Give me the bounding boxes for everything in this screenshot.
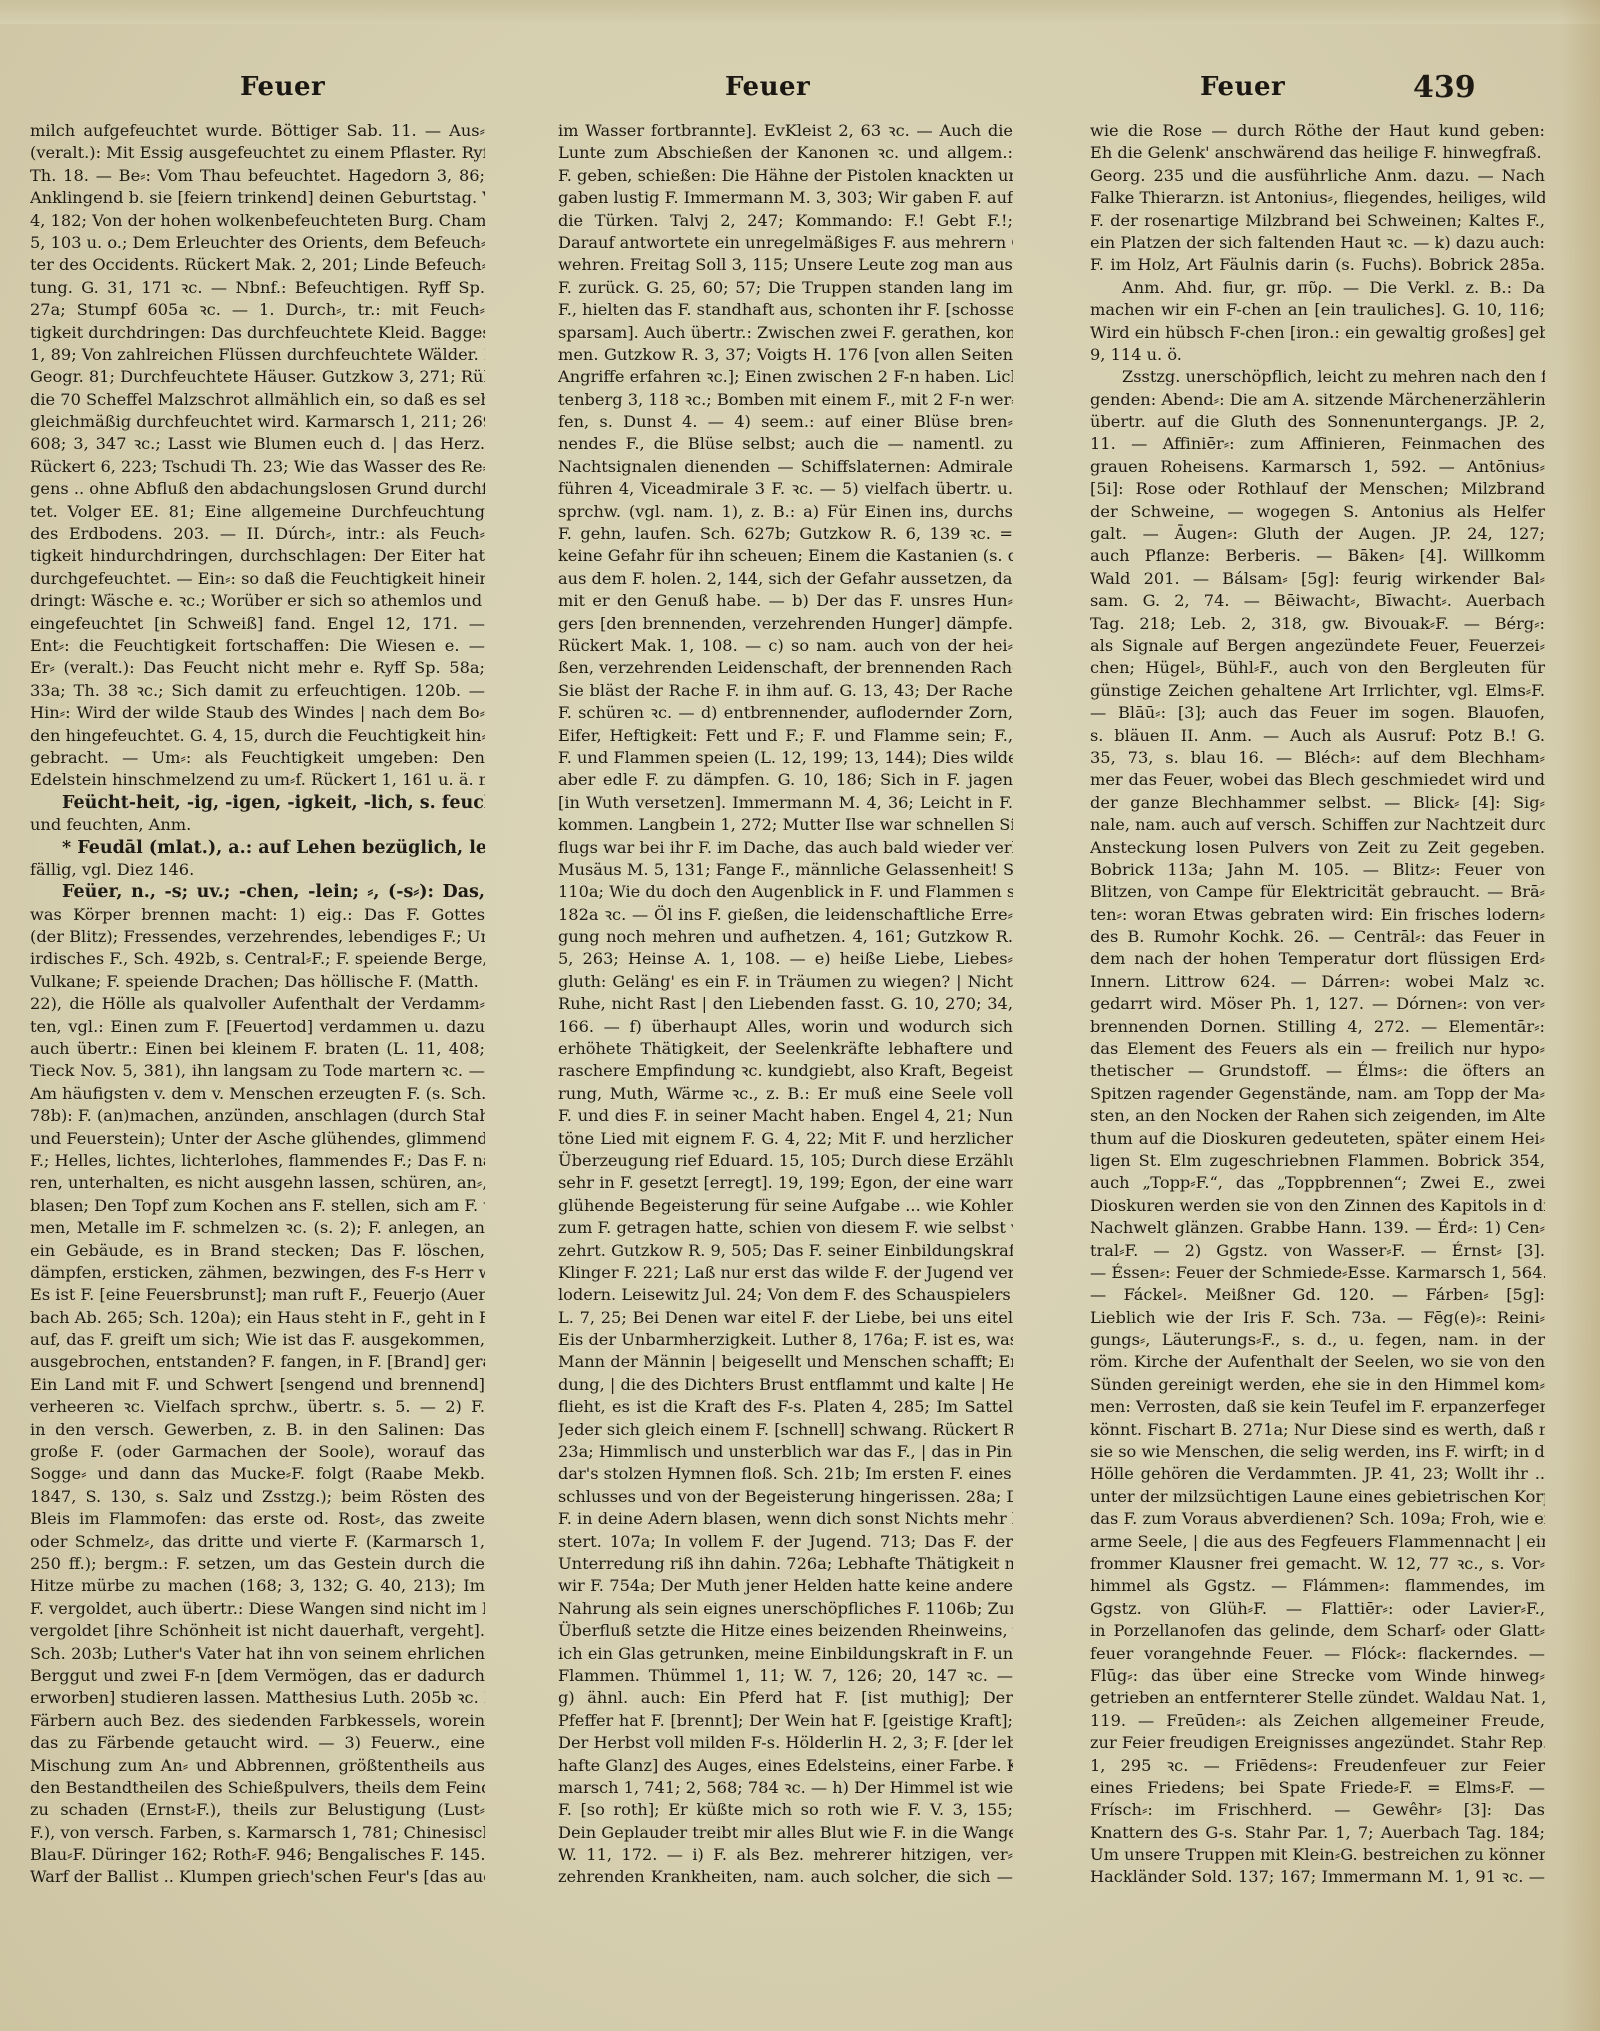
text-line: Überzeugung rief Eduard. 15, 105; Durch … xyxy=(558,1150,1013,1172)
text-line: 1, 89; Von zahlreichen Flüssen durchfeuc… xyxy=(30,344,485,366)
text-column-left: milch aufgefeuchtet wurde. Böttiger Sab.… xyxy=(30,120,485,1889)
text-line: 35, 73, s. blau 16. — Bléch⸗: auf dem Bl… xyxy=(1090,747,1545,769)
text-line: Anklingend b. sie [feiern trinkend] dein… xyxy=(30,187,485,209)
text-line: in den versch. Gewerben, z. B. in den Sa… xyxy=(30,1419,485,1441)
text-line: gung noch mehren und aufhetzen. 4, 161; … xyxy=(558,926,1013,948)
text-line: genden: Abend⸗: Die am A. sitzende Märch… xyxy=(1090,389,1545,411)
text-line: Um unsere Truppen mit Klein⸗G. bestreich… xyxy=(1090,1844,1545,1866)
text-line: 23a; Himmlisch und unsterblich war das F… xyxy=(558,1441,1013,1463)
text-line: durchgefeuchtet. — Ein⸗: so daß die Feuc… xyxy=(30,568,485,590)
text-line: ich ein Glas getrunken, meine Einbildung… xyxy=(558,1643,1013,1665)
text-line: marsch 1, 741; 2, 568; 784 ꝛc. — h) Der … xyxy=(558,1777,1013,1799)
text-line: F. in deine Adern blasen, wenn dich sons… xyxy=(558,1508,1013,1530)
text-line: Eis der Unbarmherzigkeit. Luther 8, 176a… xyxy=(558,1329,1013,1351)
text-line: führen 4, Viceadmirale 3 F. ꝛc. — 5) vie… xyxy=(558,478,1013,500)
text-line: Nachwelt glänzen. Grabbe Hann. 139. — Ér… xyxy=(1090,1217,1545,1239)
text-line: eingefeuchtet [in Schweiß] fand. Engel 1… xyxy=(30,613,485,635)
text-line: oder Schmelz⸗, das dritte und vierte F. … xyxy=(30,1531,485,1553)
text-line: auch übertr.: Einen bei kleinem F. brate… xyxy=(30,1038,485,1060)
text-line: Innern. Littrow 624. — Dárren⸗: wobei Ma… xyxy=(1090,971,1545,993)
text-line: röm. Kirche der Aufenthalt der Seelen, w… xyxy=(1090,1351,1545,1373)
text-line: [5i]: Rose oder Rothlauf der Menschen; M… xyxy=(1090,478,1545,500)
text-line: könnt. Fischart B. 271a; Nur Diese sind … xyxy=(1090,1419,1545,1441)
text-line: Eh die Gelenk' anschwärend das heilige F… xyxy=(1090,142,1545,164)
text-line: lodern. Leisewitz Jul. 24; Von dem F. de… xyxy=(558,1284,1013,1306)
text-line: die Türken. Talvj 2, 247; Kommando: F.! … xyxy=(558,210,1013,232)
text-line: Warf der Ballist .. Klumpen griech'schen… xyxy=(30,1866,485,1888)
text-line: wir F. 754a; Der Muth jener Helden hatte… xyxy=(558,1575,1013,1597)
text-line: unter der milzsüchtigen Laune eines gebi… xyxy=(1090,1486,1545,1508)
text-line: L. 7, 25; Bei Denen war eitel F. der Lie… xyxy=(558,1307,1013,1329)
text-line: Spitzen ragender Gegenstände, nam. am To… xyxy=(1090,1083,1545,1105)
text-line: das zu Färbende getaucht wird. — 3) Feue… xyxy=(30,1732,485,1754)
text-line: galt. — Āugen⸗: Gluth der Augen. JP. 24,… xyxy=(1090,523,1545,545)
page-right-edge xyxy=(1560,0,1600,2031)
text-line: auch „Topp⸗F.“, das „Toppbrennen“; Zwei … xyxy=(1090,1172,1545,1194)
text-line: Sünden gereinigt werden, ehe sie in den … xyxy=(1090,1374,1545,1396)
text-line: 166. — f) überhaupt Alles, worin und wod… xyxy=(558,1016,1013,1038)
text-line: aber edle F. zu dämpfen. G. 10, 186; Sic… xyxy=(558,769,1013,791)
text-line: fällig, vgl. Diez 146. xyxy=(30,859,485,881)
text-line: F. im Holz, Art Fäulnis darin (s. Fuchs)… xyxy=(1090,254,1545,276)
text-line: 33a; Th. 38 ꝛc.; Sich damit zu erfeuchti… xyxy=(30,680,485,702)
text-line: dämpfen, ersticken, zähmen, bezwingen, d… xyxy=(30,1262,485,1284)
text-line: Georg. 235 und die ausführliche Anm. daz… xyxy=(1090,165,1545,187)
text-line: (der Blitz); Fressendes, verzehrendes, l… xyxy=(30,926,485,948)
text-line: Bleis im Flammofen: das erste od. Rost⸗,… xyxy=(30,1508,485,1530)
text-line: irdisches F., Sch. 492b, s. Central⸗F.; … xyxy=(30,948,485,970)
text-line: thetischer — Grundstoff. — Élms⸗: die öf… xyxy=(1090,1060,1545,1082)
text-line: rung, Muth, Wärme ꝛc., z. B.: Er muß ein… xyxy=(558,1083,1013,1105)
text-line: Lunte zum Abschießen der Kanonen ꝛc. und… xyxy=(558,142,1013,164)
text-line: F. geben, schießen: Die Hähne der Pistol… xyxy=(558,165,1013,187)
text-line: mit er den Genuß habe. — b) Der das F. u… xyxy=(558,590,1013,612)
text-line: milch aufgefeuchtet wurde. Böttiger Sab.… xyxy=(30,120,485,142)
text-line: tigkeit durchdringen: Das durchfeuchtete… xyxy=(30,322,485,344)
text-line: F. [so roth]; Er küßte mich so roth wie … xyxy=(558,1799,1013,1821)
text-line: wie die Rose — durch Röthe der Haut kund… xyxy=(1090,120,1545,142)
text-line: günstige Zeichen gehaltene Art Irrlichte… xyxy=(1090,680,1545,702)
text-line: thum auf die Dioskuren gedeuteten, späte… xyxy=(1090,1128,1545,1150)
text-line: zehrenden Krankheiten, nam. auch solcher… xyxy=(558,1866,1013,1888)
text-line: F., hielten das F. standhaft aus, schont… xyxy=(558,299,1013,321)
text-line: Klinger F. 221; Laß nur erst das wilde F… xyxy=(558,1262,1013,1284)
text-line: sparsam]. Auch übertr.: Zwischen zwei F.… xyxy=(558,322,1013,344)
text-line: Frísch⸗: im Frischherd. — Gewêhr⸗ [3]: D… xyxy=(1090,1799,1545,1821)
text-line: tigkeit hindurchdringen, durchschlagen: … xyxy=(30,545,485,567)
text-line: und feuchten, Anm. xyxy=(30,814,485,836)
text-line: Knattern des G-s. Stahr Par. 1, 7; Auerb… xyxy=(1090,1822,1545,1844)
text-line: Hin⸗: Wird der wilde Staub des Windes | … xyxy=(30,702,485,724)
text-line: sehr in F. gesetzt [erregt]. 19, 199; Eg… xyxy=(558,1172,1013,1194)
text-line: glühende Begeisterung für seine Aufgabe … xyxy=(558,1195,1013,1217)
text-line: [in Wuth versetzen]. Immermann M. 4, 36;… xyxy=(558,792,1013,814)
text-line: übertr. auf die Gluth des Sonnenuntergan… xyxy=(1090,411,1545,433)
text-line: s. bläuen II. Anm. — Auch als Ausruf: Po… xyxy=(1090,725,1545,747)
text-line: Ein Land mit F. und Schwert [sengend und… xyxy=(30,1374,485,1396)
text-line: stert. 107a; In vollem F. der Jugend. 71… xyxy=(558,1531,1013,1553)
text-line: erworben] studieren lassen. Matthesius L… xyxy=(30,1687,485,1709)
text-line: Geogr. 81; Durchfeuchtete Häuser. Gutzko… xyxy=(30,366,485,388)
text-line: 78b): F. (an)machen, anzünden, anschlage… xyxy=(30,1105,485,1127)
text-line: ten⸗: woran Etwas gebraten wird: Ein fri… xyxy=(1090,904,1545,926)
text-line: ter des Occidents. Rückert Mak. 2, 201; … xyxy=(30,254,485,276)
text-line: frommer Klausner frei gemacht. W. 12, 77… xyxy=(1090,1553,1545,1575)
text-line: * Feudāl (mlat.), a.: auf Lehen bezüglic… xyxy=(30,837,485,859)
text-line: dem nach der hohen Temperatur dort flüss… xyxy=(1090,948,1545,970)
text-line: Flammen. Thümmel 1, 11; W. 7, 126; 20, 1… xyxy=(558,1665,1013,1687)
text-line: auch Pflanze: Berberis. — Bāken⸗ [4]. Wi… xyxy=(1090,545,1545,567)
text-line: F. und Flammen speien (L. 12, 199; 13, 1… xyxy=(558,747,1013,769)
text-line: Ruhe, nicht Rast | den Liebenden fasst. … xyxy=(558,993,1013,1015)
text-line: F. der rosenartige Milzbrand bei Schwein… xyxy=(1090,210,1545,232)
text-line: Flūg⸗: das über eine Strecke vom Winde h… xyxy=(1090,1665,1545,1687)
text-line: Falke Thierarzn. ist Antonius⸗, fliegend… xyxy=(1090,187,1545,209)
text-line: zu schaden (Ernst⸗F.), theils zur Belust… xyxy=(30,1799,485,1821)
text-line: wehren. Freitag Soll 3, 115; Unsere Leut… xyxy=(558,254,1013,276)
text-line: sprchw. (vgl. nam. 1), z. B.: a) Für Ein… xyxy=(558,501,1013,523)
text-line: zur Feier freudigen Ereignisses angezünd… xyxy=(1090,1732,1545,1754)
text-line: und Feuerstein); Unter der Asche glühend… xyxy=(30,1128,485,1150)
text-line: men: Verrosten, daß sie kein Teufel im F… xyxy=(1090,1396,1545,1418)
running-head-middle: Feuer xyxy=(725,72,810,102)
text-line: kommen. Langbein 1, 272; Mutter Ilse war… xyxy=(558,814,1013,836)
text-line: 1847, S. 130, s. Salz und Zsstzg.); beim… xyxy=(30,1486,485,1508)
text-line: men. Gutzkow R. 3, 37; Voigts H. 176 [vo… xyxy=(558,344,1013,366)
text-line: gedarrt wird. Möser Ph. 1, 127. — Dórnen… xyxy=(1090,993,1545,1015)
text-line: F. schüren ꝛc. — d) entbrennender, auflo… xyxy=(558,702,1013,724)
text-line: gers [den brennenden, verzehrenden Hunge… xyxy=(558,613,1013,635)
text-line: gleichmäßig durchfeuchtet wird. Karmarsc… xyxy=(30,411,485,433)
text-line: das F. zum Voraus abverdienen? Sch. 109a… xyxy=(1090,1508,1545,1530)
text-line: dung, | die des Dichters Brust entflammt… xyxy=(558,1374,1013,1396)
text-line: Rückert Mak. 1, 108. — c) so nam. auch v… xyxy=(558,635,1013,657)
text-line: Mischung zum An⸗ und Abbrennen, größtent… xyxy=(30,1755,485,1777)
text-line: bach Ab. 265; Sch. 120a); ein Haus steht… xyxy=(30,1307,485,1329)
text-line: verheeren ꝛc. Vielfach sprchw., übertr. … xyxy=(30,1396,485,1418)
running-head-right: Feuer xyxy=(1200,72,1285,102)
text-line: Feücht-heit, -ig, -igen, -igkeit, -lich,… xyxy=(30,792,485,814)
text-line: ein Gebäude, es in Brand stecken; Das F.… xyxy=(30,1240,485,1262)
text-line: flieht, es ist die Kraft des F-s. Platen… xyxy=(558,1396,1013,1418)
text-line: den hingefeuchtet. G. 4, 15, durch die F… xyxy=(30,725,485,747)
text-line: W. 11, 172. — i) F. als Bez. mehrerer hi… xyxy=(558,1844,1013,1866)
page-top-edge xyxy=(0,0,1600,24)
text-line: Sogge⸗ und dann das Mucke⸗F. folgt (Raab… xyxy=(30,1463,485,1485)
text-line: feuer vorangehnde Feuer. — Flóck⸗: flack… xyxy=(1090,1643,1545,1665)
text-line: arme Seele, | die aus des Fegfeuers Flam… xyxy=(1090,1531,1545,1553)
text-line: Färbern auch Bez. des siedenden Farbkess… xyxy=(30,1710,485,1732)
text-line: 110a; Wie du doch den Augenblick in F. u… xyxy=(558,881,1013,903)
text-line: Pfeffer hat F. [brennt]; Der Wein hat F.… xyxy=(558,1710,1013,1732)
text-line: 27a; Stumpf 605a ꝛc. — 1. Durch⸗, tr.: m… xyxy=(30,299,485,321)
text-line: erhöhete Thätigkeit, der Seelenkräfte le… xyxy=(558,1038,1013,1060)
text-line: Eifer, Heftigkeit: Fett und F.; F. und F… xyxy=(558,725,1013,747)
text-line: Lieblich wie der Iris F. Sch. 73a. — Fēg… xyxy=(1090,1307,1545,1329)
text-line: dar's stolzen Hymnen floß. Sch. 21b; Im … xyxy=(558,1463,1013,1485)
text-line: 1, 295 ꝛc. — Friēdens⸗: Freudenfeuer zur… xyxy=(1090,1755,1545,1777)
text-line: Nachtsignalen dienenden — Schiffslaterne… xyxy=(558,456,1013,478)
text-line: Tag. 218; Leb. 2, 318, gw. Bivouak⸗F. — … xyxy=(1090,613,1545,635)
text-line: sten, an den Nocken der Rahen sich zeige… xyxy=(1090,1105,1545,1127)
text-line: Feüer, n., -s; uv.; -chen, -lein; ⸗, (-s… xyxy=(30,881,485,903)
text-line: Hackländer Sold. 137; 167; Immermann M. … xyxy=(1090,1866,1545,1888)
text-line: Dein Geplauder treibt mir alles Blut wie… xyxy=(558,1822,1013,1844)
text-line: Dioskuren werden sie von den Zinnen des … xyxy=(1090,1195,1545,1217)
text-line: — Blāū⸗: [3]; auch das Feuer im sogen. B… xyxy=(1090,702,1545,724)
text-line: Tieck Nov. 5, 381), ihn langsam zu Tode … xyxy=(30,1060,485,1082)
text-line: g) ähnl. auch: Ein Pferd hat F. [ist mut… xyxy=(558,1687,1013,1709)
text-line: sie so wie Menschen, die selig werden, i… xyxy=(1090,1441,1545,1463)
text-line: in Porzellanofen das gelinde, dem Scharf… xyxy=(1090,1620,1545,1642)
text-line: Ggstz. von Glüh⸗F. — Flattiēr⸗: oder Lav… xyxy=(1090,1598,1545,1620)
text-line: 11. — Affiniēr⸗: zum Affinieren, Feinmac… xyxy=(1090,433,1545,455)
text-line: das Element des Feuers als ein — freilic… xyxy=(1090,1038,1545,1060)
text-line: Überfluß setzte die Hitze eines beizende… xyxy=(558,1620,1013,1642)
page-number: 439 xyxy=(1413,70,1476,105)
text-line: F. zurück. G. 25, 60; 57; Die Truppen st… xyxy=(558,277,1013,299)
text-line: zum F. getragen hatte, schien von diesem… xyxy=(558,1217,1013,1239)
text-line: im Wasser fortbrannte]. EvKleist 2, 63 ꝛ… xyxy=(558,120,1013,142)
text-line: der ganze Blechhammer selbst. — Blick⸗ [… xyxy=(1090,792,1545,814)
text-line: blasen; Den Topf zum Kochen ans F. stell… xyxy=(30,1195,485,1217)
text-line: 608; 3, 347 ꝛc.; Lasst wie Blumen euch d… xyxy=(30,433,485,455)
text-line: Nahrung als sein eignes unerschöpfliches… xyxy=(558,1598,1013,1620)
text-line: Er⸗ (veralt.): Das Feucht nicht mehr e. … xyxy=(30,657,485,679)
text-line: Ansteckung losen Pulvers von Zeit zu Zei… xyxy=(1090,837,1545,859)
text-line: nendes F., die Blüse selbst; auch die — … xyxy=(558,433,1013,455)
text-line: F.; Helles, lichtes, lichterlohes, flamm… xyxy=(30,1150,485,1172)
text-line: Sch. 203b; Luther's Vater hat ihn von se… xyxy=(30,1643,485,1665)
text-line: Mann der Männin | beigesellt und Mensche… xyxy=(558,1351,1013,1373)
text-line: ein Platzen der sich faltenden Haut ꝛc. … xyxy=(1090,232,1545,254)
text-column-middle: im Wasser fortbrannte]. EvKleist 2, 63 ꝛ… xyxy=(558,120,1013,1889)
text-line: Jeder sich gleich einem F. [schnell] sch… xyxy=(558,1419,1013,1441)
text-line: den Bestandtheilen des Schießpulvers, th… xyxy=(30,1777,485,1799)
text-line: Angriffe erfahren ꝛc.]; Einen zwischen 2… xyxy=(558,366,1013,388)
text-line: sam. G. 2, 74. — Bēiwacht⸗, Bīwacht⸗. Au… xyxy=(1090,590,1545,612)
text-line: Blitzen, von Campe für Elektricität gebr… xyxy=(1090,881,1545,903)
text-line: Es ist F. [eine Feuersbrunst]; man ruft … xyxy=(30,1284,485,1306)
text-line: was Körper brennen macht: 1) eig.: Das F… xyxy=(30,904,485,926)
text-line: getrieben an entfernterer Stelle zündet.… xyxy=(1090,1687,1545,1709)
text-line: F.), von versch. Farben, s. Karmarsch 1,… xyxy=(30,1822,485,1844)
text-line: ren, unterhalten, es nicht ausgehn lasse… xyxy=(30,1172,485,1194)
text-line: raschere Empfindung ꝛc. kundgiebt, also … xyxy=(558,1060,1013,1082)
text-line: große F. (oder Garmachen der Soole), wor… xyxy=(30,1441,485,1463)
text-line: nale, nam. auch auf versch. Schiffen zur… xyxy=(1090,814,1545,836)
text-line: 22), die Hölle als qualvoller Aufenthalt… xyxy=(30,993,485,1015)
text-line: Sie bläst der Rache F. in ihm auf. G. 13… xyxy=(558,680,1013,702)
text-line: 119. — Freūden⸗: als Zeichen allgemeiner… xyxy=(1090,1710,1545,1732)
text-line: Zsstzg. unerschöpflich, leicht zu mehren… xyxy=(1090,366,1545,388)
text-line: Wald 201. — Bálsam⸗ [5g]: feurig wirkend… xyxy=(1090,568,1545,590)
text-line: 182a ꝛc. — Öl ins F. gießen, die leidens… xyxy=(558,904,1013,926)
text-line: Blau⸗F. Düringer 162; Roth⸗F. 946; Benga… xyxy=(30,1844,485,1866)
text-line: der Schweine, — wogegen S. Antonius als … xyxy=(1090,501,1545,523)
text-line: ten, vgl.: Einen zum F. [Feuertod] verda… xyxy=(30,1016,485,1038)
text-line: Musäus M. 5, 131; Fange F., männliche Ge… xyxy=(558,859,1013,881)
text-line: ausgebrochen, entstanden? F. fangen, in … xyxy=(30,1351,485,1373)
text-line: hafte Glanz] des Auges, eines Edelsteins… xyxy=(558,1755,1013,1777)
text-line: 5, 103 u. o.; Dem Erleuchter des Orients… xyxy=(30,232,485,254)
text-line: F. vergoldet, auch übertr.: Diese Wangen… xyxy=(30,1598,485,1620)
text-line: men, Metalle im F. schmelzen ꝛc. (s. 2);… xyxy=(30,1217,485,1239)
text-line: Edelstein hinschmelzend zu um⸗f. Rückert… xyxy=(30,769,485,791)
text-line: Ent⸗: die Feuchtigkeit fortschaffen: Die… xyxy=(30,635,485,657)
text-line: Unterredung riß ihn dahin. 726a; Lebhaft… xyxy=(558,1553,1013,1575)
text-line: chen; Hügel⸗, Bühl⸗F., auch von den Berg… xyxy=(1090,657,1545,679)
text-line: Bobrick 113a; Jahn M. 105. — Blitz⸗: Feu… xyxy=(1090,859,1545,881)
text-line: Wird ein hübsch F-chen [iron.: ein gewal… xyxy=(1090,322,1545,344)
text-line: 4, 182; Von der hohen wolkenbefeuchteten… xyxy=(30,210,485,232)
text-line: aus dem F. holen. 2, 144, sich der Gefah… xyxy=(558,568,1013,590)
text-line: gaben lustig F. Immermann M. 3, 303; Wir… xyxy=(558,187,1013,209)
text-line: — Éssen⸗: Feuer der Schmiede⸗Esse. Karma… xyxy=(1090,1262,1545,1284)
text-line: tet. Volger EE. 81; Eine allgemeine Durc… xyxy=(30,501,485,523)
text-line: Hitze mürbe zu machen (168; 3, 132; G. 4… xyxy=(30,1575,485,1597)
text-line: fen, s. Dunst 4. — 4) seem.: auf einer B… xyxy=(558,411,1013,433)
text-line: eines Friedens; bei Spate Friede⸗F. = El… xyxy=(1090,1777,1545,1799)
text-line: auf, das F. greift um sich; Wie ist das … xyxy=(30,1329,485,1351)
text-line: dringt: Wäsche e. ꝛc.; Worüber er sich s… xyxy=(30,590,485,612)
text-line: zehrt. Gutzkow R. 9, 505; Das F. seiner … xyxy=(558,1240,1013,1262)
text-line: mer das Feuer, wobei das Blech geschmied… xyxy=(1090,769,1545,791)
text-line: Vulkane; F. speiende Drachen; Das höllis… xyxy=(30,971,485,993)
text-line: Darauf antwortete ein unregelmäßiges F. … xyxy=(558,232,1013,254)
text-line: machen wir ein F-chen an [ein trauliches… xyxy=(1090,299,1545,321)
running-head-left: Feuer xyxy=(240,72,325,102)
text-line: 9, 114 u. ö. xyxy=(1090,344,1545,366)
text-line: — Fáckel⸗. Meißner Gd. 120. — Fárben⸗ [5… xyxy=(1090,1284,1545,1306)
text-line: brennenden Dornen. Stilling 4, 272. — El… xyxy=(1090,1016,1545,1038)
text-line: des Erdbodens. 203. — II. Dúrch⸗, intr.:… xyxy=(30,523,485,545)
text-line: flugs war bei ihr F. im Dache, das auch … xyxy=(558,837,1013,859)
text-line: 250 ff.); bergm.: F. setzen, um das Gest… xyxy=(30,1553,485,1575)
text-line: gungs⸗, Läuterungs⸗F., s. d., u. fegen, … xyxy=(1090,1329,1545,1351)
text-line: Anm. Ahd. fiur, gr. πῦρ. — Die Verkl. z.… xyxy=(1090,277,1545,299)
text-line: Hölle gehören die Verdammten. JP. 41, 23… xyxy=(1090,1463,1545,1485)
text-line: (veralt.): Mit Essig ausgefeuchtet zu ei… xyxy=(30,142,485,164)
text-line: des B. Rumohr Kochk. 26. — Centrāl⸗: das… xyxy=(1090,926,1545,948)
text-line: keine Gefahr für ihn scheuen; Einem die … xyxy=(558,545,1013,567)
text-line: vergoldet [ihre Schönheit ist nicht daue… xyxy=(30,1620,485,1642)
text-line: Th. 18. — Be⸗: Vom Thau befeuchtet. Hage… xyxy=(30,165,485,187)
text-line: 5, 263; Heinse A. 1, 108. — e) heiße Lie… xyxy=(558,948,1013,970)
text-line: F. gehn, laufen. Sch. 627b; Gutzkow R. 6… xyxy=(558,523,1013,545)
text-line: schlusses und von der Begeisterung hinge… xyxy=(558,1486,1013,1508)
text-line: tral⸗F. — 2) Ggstz. von Wasser⸗F. — Érns… xyxy=(1090,1240,1545,1262)
text-line: tung. G. 31, 171 ꝛc. — Nbnf.: Befeuchtig… xyxy=(30,277,485,299)
text-line: Rückert 6, 223; Tschudi Th. 23; Wie das … xyxy=(30,456,485,478)
text-line: ßen, verzehrenden Leidenschaft, der bren… xyxy=(558,657,1013,679)
text-column-right: wie die Rose — durch Röthe der Haut kund… xyxy=(1090,120,1545,1889)
text-line: Am häufigsten v. dem v. Menschen erzeugt… xyxy=(30,1083,485,1105)
text-line: grauen Roheisens. Karmarsch 1, 592. — An… xyxy=(1090,456,1545,478)
text-line: töne Lied mit eignem F. G. 4, 22; Mit F.… xyxy=(558,1128,1013,1150)
text-line: tenberg 3, 118 ꝛc.; Bomben mit einem F.,… xyxy=(558,389,1013,411)
text-line: himmel als Ggstz. — Flámmen⸗: flammendes… xyxy=(1090,1575,1545,1597)
text-line: die 70 Scheffel Malzschrot allmählich ei… xyxy=(30,389,485,411)
text-line: Der Herbst voll milden F-s. Hölderlin H.… xyxy=(558,1732,1013,1754)
text-line: gluth: Geläng' es ein F. in Träumen zu w… xyxy=(558,971,1013,993)
text-line: als Signale auf Bergen angezündete Feuer… xyxy=(1090,635,1545,657)
text-line: F. und dies F. in seiner Macht haben. En… xyxy=(558,1105,1013,1127)
text-line: gens .. ohne Abfluß den abdachungslosen … xyxy=(30,478,485,500)
text-line: Berggut und zwei F-n [dem Vermögen, das … xyxy=(30,1665,485,1687)
text-line: gebracht. — Um⸗: als Feuchtigkeit umgebe… xyxy=(30,747,485,769)
text-line: ligen St. Elm zugeschriebnen Flammen. Bo… xyxy=(1090,1150,1545,1172)
